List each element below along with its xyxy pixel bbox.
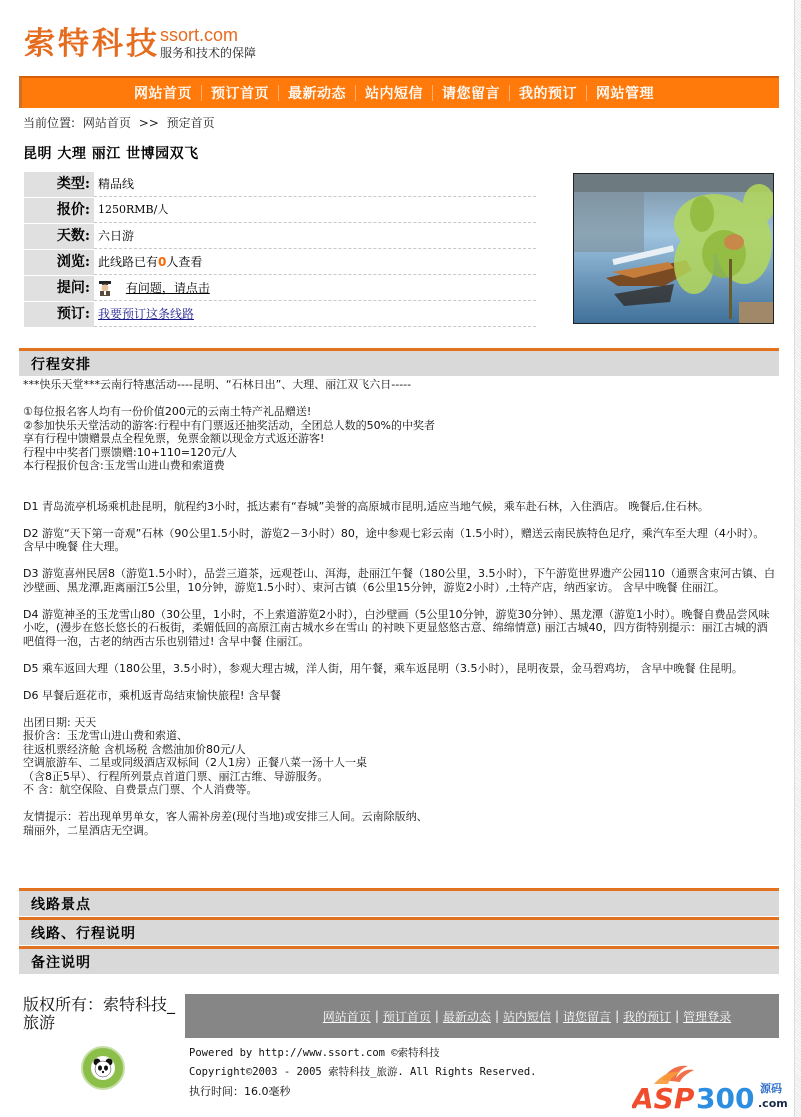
nav-booking-home[interactable]: 预订首页 [202,83,278,103]
promo-line: 享有行程中馈赠景点全程免票，免票金额以现金方式返还游客! [23,432,775,446]
info-value-type: 精品线 [94,172,536,197]
promo-line: ②参加快乐天堂活动的游客:行程中有门票返还抽奖活动，全团总人数的50%的中奖者 [23,419,775,433]
breadcrumb-separator: >> [139,116,159,130]
info-row-booking: 预订: 我要预订这条线路 [24,302,536,327]
copyright-text: Copyright©2003 - 2005 索特科技_旅游. All Right… [189,1063,536,1082]
footer-divider: | [375,1009,379,1023]
breadcrumb: 当前位置: 网站首页 >> 预定首页 [23,114,219,131]
info-value-booking: 我要预订这条线路 [94,302,536,327]
powered-by-text: Powered by http://www.ssort.com ©索特科技 [189,1044,536,1063]
info-row-type: 类型: 精品线 [24,172,536,197]
info-label: 类型: [24,172,94,197]
nav-my-bookings[interactable]: 我的预订 [510,83,586,103]
footer-link-my-bookings[interactable]: 我的预订 [623,1008,671,1025]
svg-text:ASP: ASP [632,1082,695,1112]
footer-link-guestbook[interactable]: 请您留言 [563,1008,611,1025]
day-1: D1 青岛流亭机场乘机赴昆明，航程约3小时，抵达素有“春城”美誉的高原城市昆明,… [23,500,775,514]
section-header-remarks[interactable]: 备注说明 [19,946,779,974]
day-5: D5 乘车返回大理（180公里，3.5小时），参观大理古城，洋人街，用午餐，乘车… [23,662,775,676]
footer-divider: | [555,1009,559,1023]
info-label: 报价: [24,198,94,223]
section-title: 线路、行程说明 [31,923,136,943]
detail-line: 不 含：航空保险、自费景点门票、个人消费等。 [23,783,775,797]
section-title: 备注说明 [31,952,91,972]
tip-line: 友情提示：若出现单男单女，客人需补房差(现付当地)或安排三人间。云南除版纳、 [23,810,775,824]
breadcrumb-home-link[interactable]: 网站首页 [83,116,131,130]
main-nav: 网站首页 预订首页 最新动态 站内短信 请您留言 我的预订 网站管理 [19,76,779,108]
info-label: 浏览: [24,250,94,275]
day-6: D6 早餐后逛花市，乘机返青岛结束愉快旅程! 含早餐 [23,689,775,703]
footer-divider: | [435,1009,439,1023]
panda-icon [91,1056,115,1080]
tip-line: 瑞丽外，二星酒店无空调。 [23,824,775,838]
promo-line: 本行程报价包含:玉龙雪山进山费和索道费 [23,459,775,473]
footer-copyright-owner: 版权所有：索特科技_旅游 [23,996,183,1032]
asp300-watermark-logo: ASP 300 源码 .com [632,1060,792,1112]
route-info-table: 类型: 精品线 报价: 1250RMB/人 天数: 六日游 浏览: 此线路已有0… [24,172,536,328]
info-value-views: 此线路已有0人查看 [94,250,536,275]
nav-news[interactable]: 最新动态 [279,83,355,103]
footer-link-news[interactable]: 最新动态 [443,1008,491,1025]
section-title: 行程安排 [31,354,91,374]
day-3: D3 游览喜州民居8（游览1.5小时），品尝三道茶，远观苍山、洱海，赴丽江午餐（… [23,567,775,594]
footer-divider: | [615,1009,619,1023]
svg-text:300: 300 [696,1082,754,1112]
breadcrumb-current: 预定首页 [167,116,215,130]
info-row-days: 天数: 六日游 [24,224,536,249]
nav-guestbook[interactable]: 请您留言 [433,83,509,103]
book-route-link[interactable]: 我要预订这条线路 [98,307,194,321]
route-photo [573,173,774,324]
info-label: 预订: [24,302,94,327]
info-value-question: 有问题，请点击 [94,276,536,301]
footer-link-home[interactable]: 网站首页 [323,1008,371,1025]
execution-time: 执行时间：16.0毫秒 [189,1082,536,1101]
itinerary-content: ***快乐天堂***云南行特惠活动----昆明、“石林日出”、大理、丽江双飞六日… [23,378,775,837]
info-value-days: 六日游 [94,224,536,249]
nav-home[interactable]: 网站首页 [125,83,201,103]
detail-line: 往返机票经济舱 含机场税 含燃油加价80元/人 [23,743,775,757]
day-2: D2 游览“天下第一奇观”石林（90公里1.5小时，游览2－3小时）80，途中参… [23,527,775,554]
section-header-notes[interactable]: 线路、行程说明 [19,917,779,945]
logo-slogan: 服务和技术的保障 [160,46,256,60]
ask-question-link[interactable]: 有问题，请点击 [126,281,210,295]
svg-text:源码: 源码 [760,1081,782,1095]
professor-avatar-icon [98,280,112,296]
day-4: D4 游览神圣的玉龙雪山80（30公里，1小时，不上索道游览2小时），白沙壁画（… [23,608,775,649]
logo-chinese-text: 索特科技 [24,24,160,64]
breadcrumb-prefix: 当前位置: [23,116,75,130]
panda-badge-logo [81,1046,125,1090]
views-text-post: 人查看 [166,255,202,269]
route-title: 昆明 大理 丽江 世博园双飞 [23,143,199,163]
detail-line: 空调旅游车、二星或同级酒店双标间（2人1房）正餐八菜一汤十人一桌 [23,756,775,770]
page-scrollbar[interactable] [794,0,801,1117]
nav-admin[interactable]: 网站管理 [587,83,663,103]
section-header-itinerary: 行程安排 [19,348,779,376]
detail-line: 报价含：玉龙雪山进山费和索道、 [23,729,775,743]
itinerary-headline: ***快乐天堂***云南行特惠活动----昆明、“石林日出”、大理、丽江双飞六日… [23,378,775,392]
section-title: 线路景点 [31,894,91,914]
footer-nav: 网站首页| 预订首页| 最新动态| 站内短信| 请您留言| 我的预订| 管理登录 [185,994,779,1038]
svg-text:.com: .com [758,1097,788,1110]
nav-messages[interactable]: 站内短信 [356,83,432,103]
views-text-pre: 此线路已有 [98,255,158,269]
info-label: 提问: [24,276,94,301]
info-value-price: 1250RMB/人 [94,198,536,223]
promo-line: 行程中中奖者门票馈赠:10+110=120元/人 [23,446,775,460]
footer-link-messages[interactable]: 站内短信 [503,1008,551,1025]
info-row-price: 报价: 1250RMB/人 [24,198,536,223]
info-row-views: 浏览: 此线路已有0人查看 [24,250,536,275]
footer-divider: | [495,1009,499,1023]
promo-line: ①每位报名客人均有一份价值200元的云南土特产礼品赠送! [23,405,775,419]
info-label: 天数: [24,224,94,249]
footer-info: Powered by http://www.ssort.com ©索特科技 Co… [189,1044,536,1101]
detail-line: 出团日期: 天天 [23,716,775,730]
footer-link-admin-login[interactable]: 管理登录 [683,1008,731,1025]
detail-line: （含8正5早）、行程所列景点首道门票、丽江古维、导游服务。 [23,770,775,784]
logo-domain-text: ssort.com [160,26,238,44]
info-row-question: 提问: 有问题，请点击 [24,276,536,301]
footer-link-booking-home[interactable]: 预订首页 [383,1008,431,1025]
section-header-spots[interactable]: 线路景点 [19,888,779,916]
footer-divider: | [675,1009,679,1023]
